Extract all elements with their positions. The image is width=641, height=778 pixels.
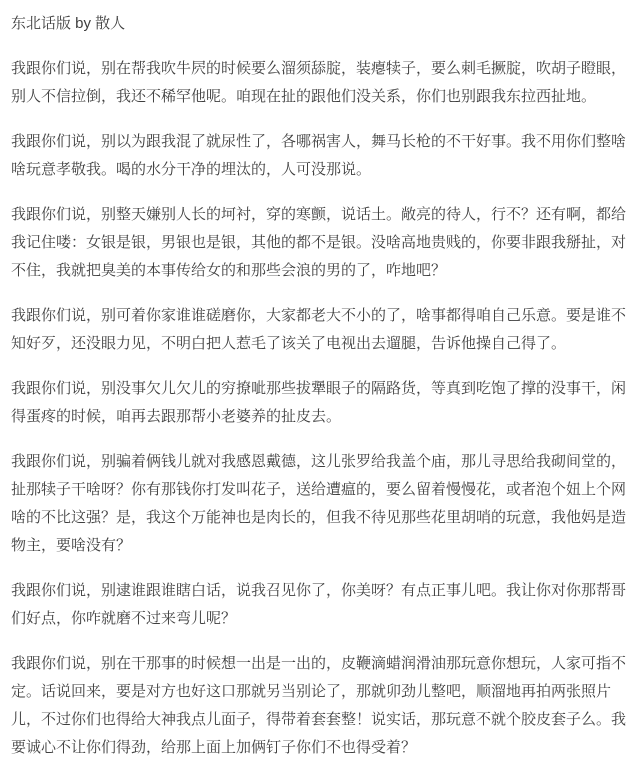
article-body: 东北话版 by 散人 我跟你们说，别在帮我吹牛屄的时候要么溜须舔腚，装瘪犊子，要…: [11, 10, 639, 762]
paragraph-1: 我跟你们说，别在帮我吹牛屄的时候要么溜须舔腚，装瘪犊子，要么刺毛撅腚，吹胡子瞪眼…: [11, 55, 639, 111]
paragraph-6: 我跟你们说，别骗着俩钱儿就对我感恩戴德，这儿张罗给我盖个庙，那儿寻思给我砌间堂的…: [11, 448, 639, 560]
paragraph-7: 我跟你们说，别逮谁跟谁瞎白话，说我召见你了，你美呀？有点正事儿吧。我让你对你那帮…: [11, 577, 639, 633]
article-page: 东北话版 by 散人 我跟你们说，别在帮我吹牛屄的时候要么溜须舔腚，装瘪犊子，要…: [0, 0, 641, 778]
paragraph-4: 我跟你们说，别可着你家谁谁磋磨你，大家都老大不小的了，啥事都得咱自己乐意。要是谁…: [11, 302, 639, 358]
paragraph-8: 我跟你们说，别在干那事的时候想一出是一出的，皮鞭滴蜡润滑油那玩意你想玩，人家可指…: [11, 650, 639, 762]
paragraph-2: 我跟你们说，别以为跟我混了就尿性了，各哪祸害人，舞马长枪的不干好事。我不用你们整…: [11, 128, 639, 184]
paragraph-3: 我跟你们说，别整天嫌别人长的坷衬，穿的寒颤，说话土。敞亮的待人，行不？还有啊，都…: [11, 201, 639, 285]
article-title: 东北话版 by 散人: [11, 10, 639, 38]
paragraph-5: 我跟你们说，别没事欠儿欠儿的穷撩呲那些拔犟眼子的隔路货，等真到吃饱了撑的没事干，…: [11, 375, 639, 431]
